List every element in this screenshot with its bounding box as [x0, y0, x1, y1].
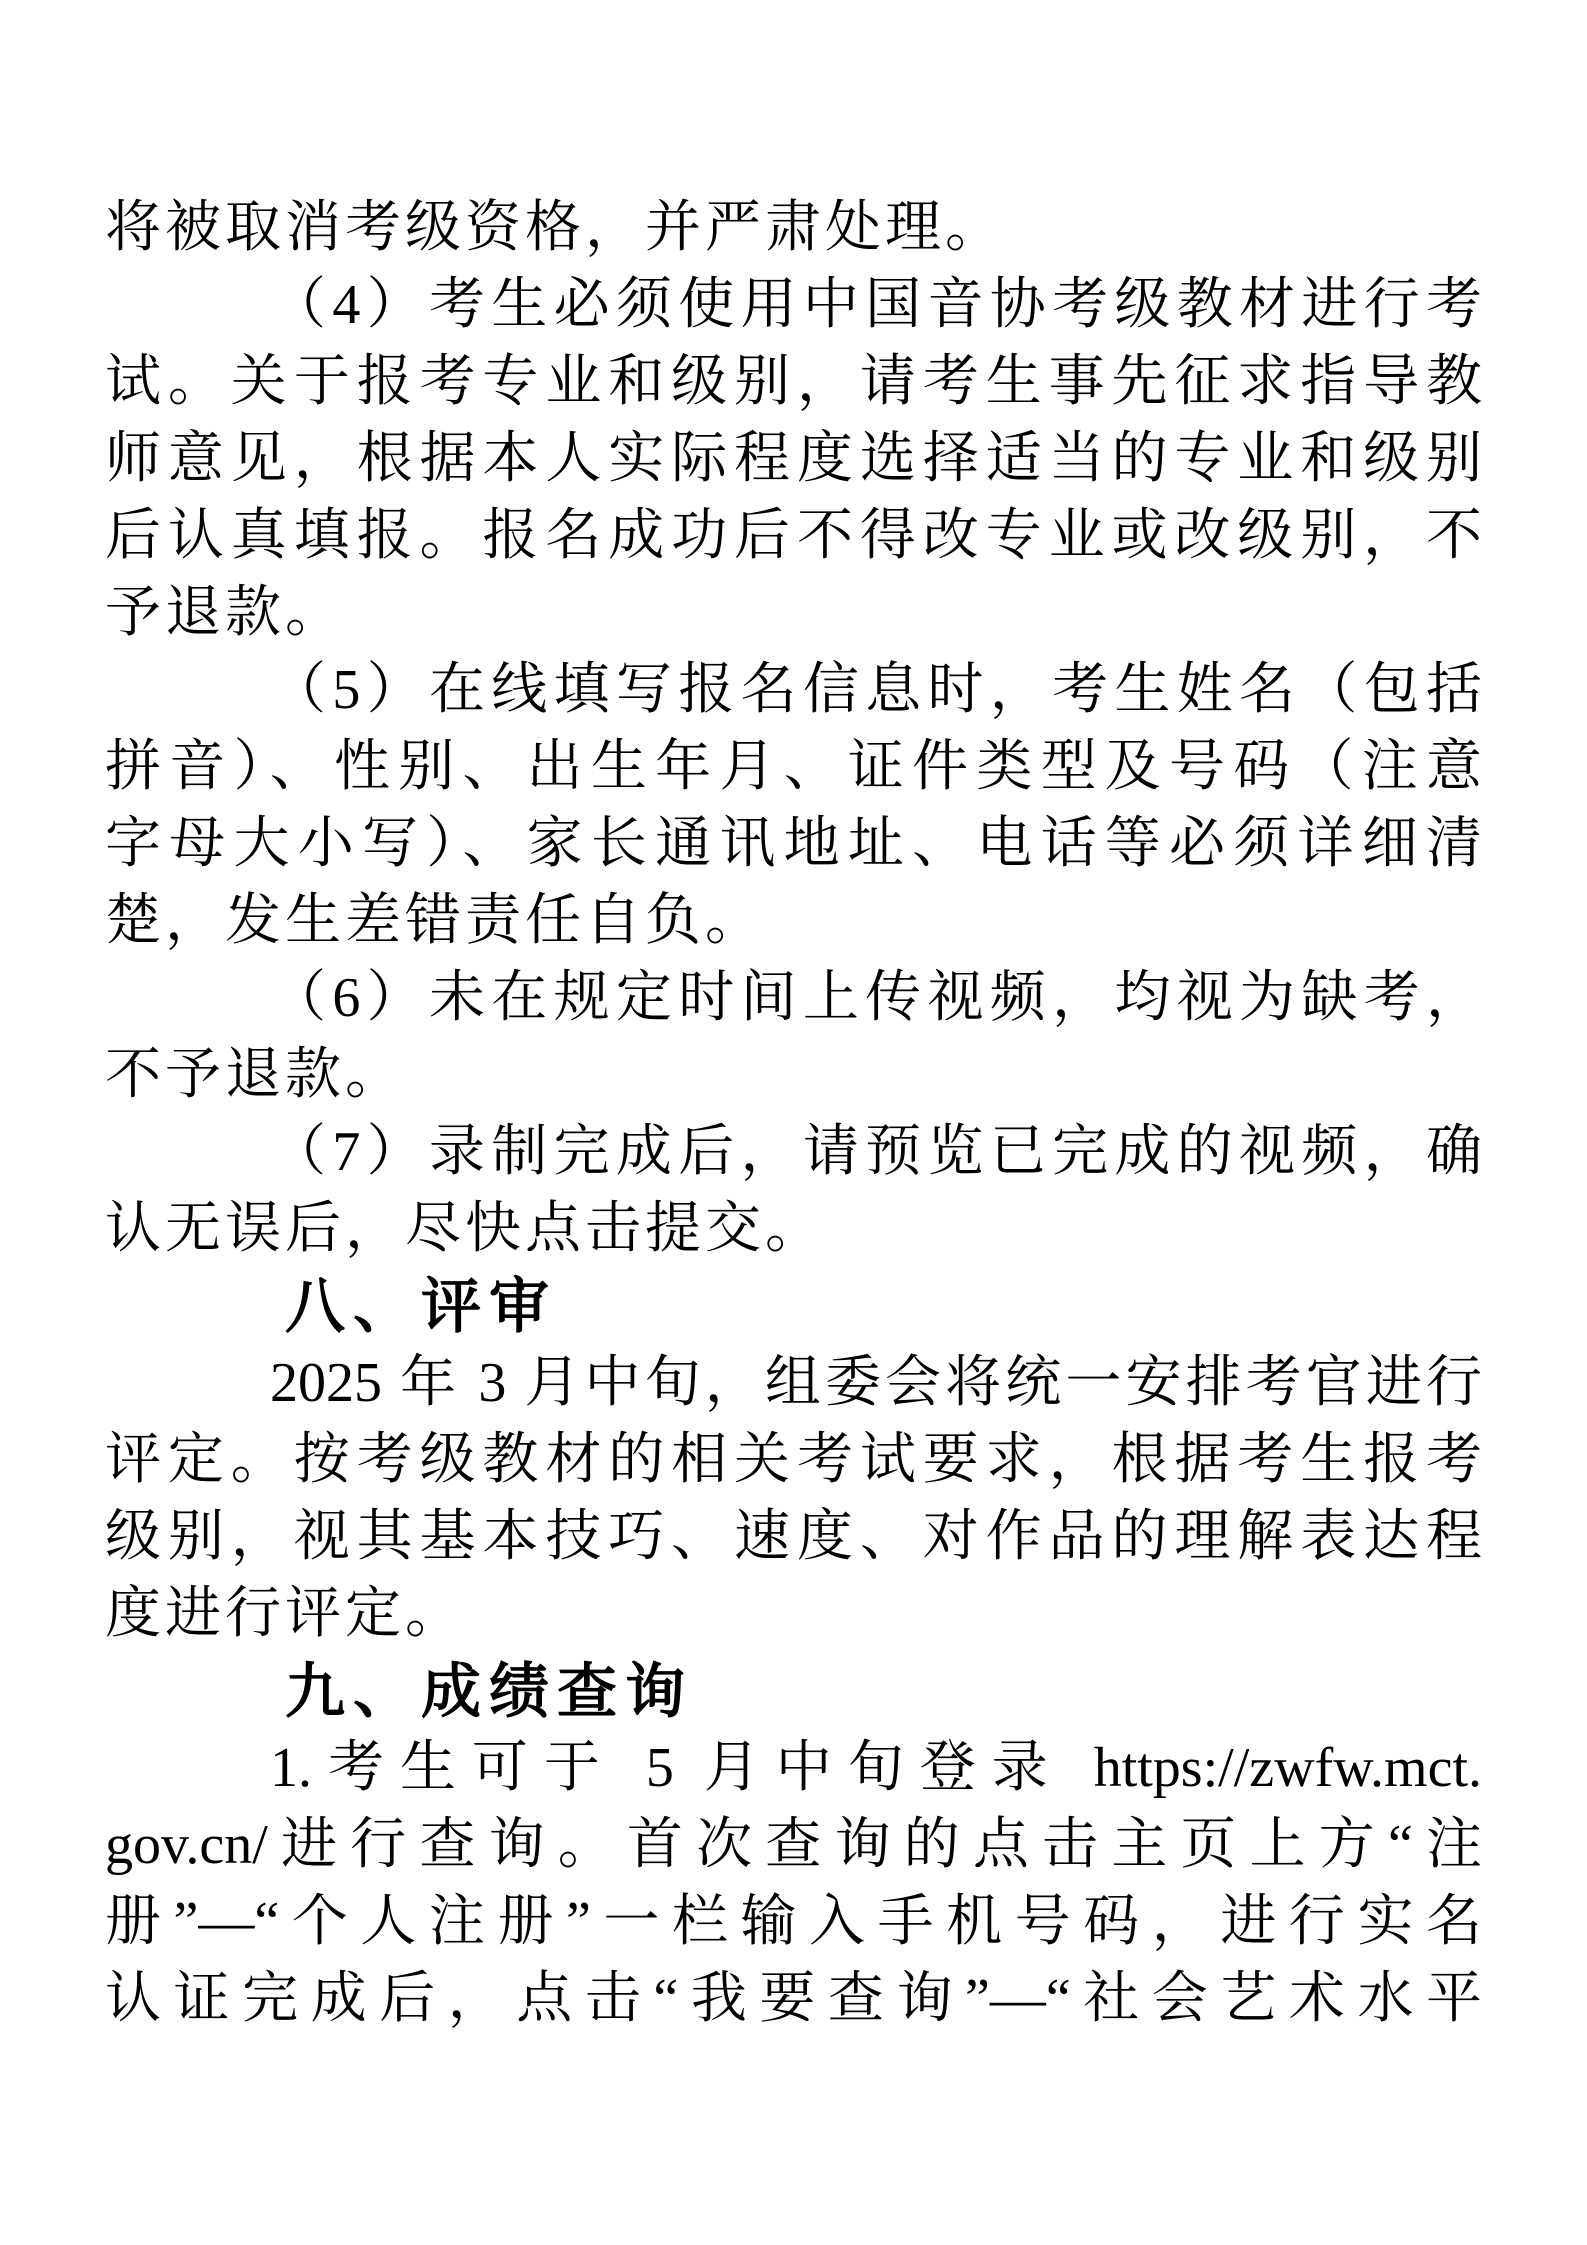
text-line: 级别，视其基本技巧、速度、对作品的理解表达程 [105, 1499, 1482, 1576]
text-line: （7）录制完成后，请预览已完成的视频，确 [105, 1114, 1482, 1191]
section-heading: 八、评审 [105, 1268, 1482, 1345]
text-line: gov.cn/进行查询。首次查询的点击主页上方“注 [105, 1807, 1482, 1884]
text-line: 度进行评定。 [105, 1576, 1482, 1653]
text-line: 将被取消考级资格，并严肃处理。 [105, 190, 1482, 267]
text-line: 1.考生可于 5 月中旬登录 https://zwfw.mct. [105, 1730, 1482, 1807]
text-line: 拼音）、性别、出生年月、证件类型及号码（注意 [105, 729, 1482, 806]
text-line: （4）考生必须使用中国音协考级教材进行考 [105, 267, 1482, 344]
text-line: （5）在线填写报名信息时，考生姓名（包括 [105, 652, 1482, 729]
text-line: 予退款。 [105, 575, 1482, 652]
text-line: 册”—“个人注册”一栏输入手机号码，进行实名 [105, 1884, 1482, 1961]
text-line: （6）未在规定时间上传视频，均视为缺考， [105, 960, 1482, 1037]
text-line: 认无误后，尽快点击提交。 [105, 1191, 1482, 1268]
text-line: 不予退款。 [105, 1037, 1482, 1114]
document-body: 将被取消考级资格，并严肃处理。（4）考生必须使用中国音协考级教材进行考试。关于报… [105, 190, 1482, 2038]
text-line: 楚，发生差错责任自负。 [105, 883, 1482, 960]
text-line: 字母大小写）、家长通讯地址、电话等必须详细清 [105, 806, 1482, 883]
section-heading: 九、成绩查询 [105, 1653, 1482, 1730]
text-line: 师意见，根据本人实际程度选择适当的专业和级别 [105, 421, 1482, 498]
text-line: 评定。按考级教材的相关考试要求，根据考生报考 [105, 1422, 1482, 1499]
text-line: 认证完成后，点击“我要查询”—“社会艺术水平 [105, 1961, 1482, 2038]
text-line: 试。关于报考专业和级别，请考生事先征求指导教 [105, 344, 1482, 421]
text-line: 后认真填报。报名成功后不得改专业或改级别，不 [105, 498, 1482, 575]
document-page: 将被取消考级资格，并严肃处理。（4）考生必须使用中国音协考级教材进行考试。关于报… [0, 0, 1587, 2245]
text-line: 2025 年 3 月中旬，组委会将统一安排考官进行 [105, 1345, 1482, 1422]
